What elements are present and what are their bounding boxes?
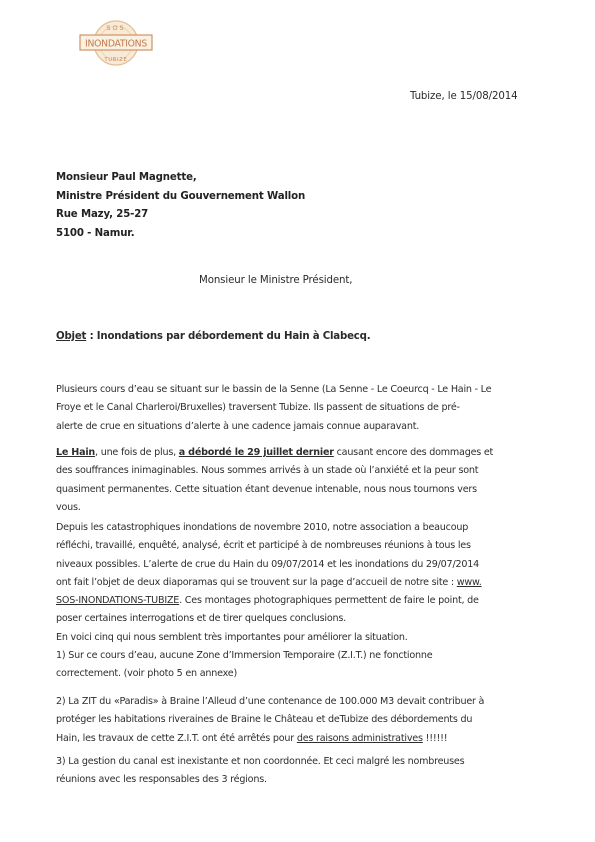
recipient-city: 5100 - Namur. (56, 225, 305, 244)
text-line: vous. (56, 499, 540, 517)
paragraph-intro: Plusieurs cours d’eau se situant sur le … (56, 381, 540, 436)
website-link-part2[interactable]: SOS-INONDATIONS-TUBIZE (56, 595, 179, 606)
text-line: 2) La ZIT du «Paradis» à Braine l’Alleud… (56, 693, 540, 711)
hain-subject: Le Hain (56, 447, 95, 458)
date-line: Tubize, le 15/08/2014 (410, 91, 517, 102)
point-2: 2) La ZIT du «Paradis» à Braine l’Alleud… (56, 693, 540, 748)
text-fragment: . Ces montages photographiques permetten… (179, 595, 479, 606)
text-fragment: ont fait l’objet de deux diaporamas qui … (56, 577, 457, 588)
text-line: alerte de crue en situations d’alerte à … (56, 418, 540, 436)
text-line: niveaux possibles. L’alerte de crue du H… (56, 556, 540, 574)
salutation: Monsieur le Ministre Président, (199, 275, 352, 286)
logo-emblem-icon: SOS INONDATIONS TUBIZE (78, 18, 154, 68)
text-line: des souffrances inimaginables. Nous somm… (56, 462, 540, 480)
recipient-name: Monsieur Paul Magnette, (56, 169, 305, 188)
logo-top-text: SOS (106, 24, 125, 32)
logo-main-text: INONDATIONS (85, 39, 147, 50)
text-line: Froye et le Canal Charleroi/Bruxelles) t… (56, 399, 540, 417)
text-line: réunions avec les responsables des 3 rég… (56, 771, 540, 789)
administrative-reasons: des raisons administratives (297, 733, 423, 744)
recipient-title: Ministre Président du Gouvernement Wallo… (56, 188, 305, 207)
recipient-address: Monsieur Paul Magnette, Ministre Préside… (56, 169, 305, 243)
subject-label: Objet (56, 331, 86, 342)
hain-emphasis: a débordé le 29 juillet dernier (179, 447, 334, 458)
text-line: Hain, les travaux de cette Z.I.T. ont ét… (56, 730, 540, 748)
sos-inondations-logo: SOS INONDATIONS TUBIZE (78, 18, 154, 68)
text-line: ont fait l’objet de deux diaporamas qui … (56, 574, 540, 592)
text-line: protéger les habitations riveraines de B… (56, 711, 540, 729)
text-line: Plusieurs cours d’eau se situant sur le … (56, 381, 540, 399)
point-3: 3) La gestion du canal est inexistante e… (56, 753, 540, 790)
text-fragment: !!!!!! (423, 733, 448, 744)
paragraph-since-2010: Depuis les catastrophiques inondations d… (56, 519, 540, 647)
subject-text: : Inondations par débordement du Hain à … (86, 331, 370, 342)
text-line: poser certaines interrogations et de tir… (56, 610, 540, 628)
paragraph-hain: Le Hain, une fois de plus, a débordé le … (56, 444, 540, 517)
text-fragment: Hain, les travaux de cette Z.I.T. ont ét… (56, 733, 297, 744)
text-line: SOS-INONDATIONS-TUBIZE. Ces montages pho… (56, 592, 540, 610)
text-fragment: causant encore des dommages et (334, 447, 493, 458)
website-link-part1[interactable]: www. (457, 577, 482, 588)
text-line: correctement. (voir photo 5 en annexe) (56, 665, 540, 683)
logo-bottom-text: TUBIZE (103, 57, 127, 63)
text-line: Le Hain, une fois de plus, a débordé le … (56, 444, 540, 462)
recipient-street: Rue Mazy, 25-27 (56, 206, 305, 225)
text-line: quasiment permanentes. Cette situation é… (56, 481, 540, 499)
text-fragment: , une fois de plus, (95, 447, 179, 458)
point-1: 1) Sur ce cours d’eau, aucune Zone d’Imm… (56, 647, 540, 684)
text-line: Depuis les catastrophiques inondations d… (56, 519, 540, 537)
text-line: 3) La gestion du canal est inexistante e… (56, 753, 540, 771)
text-line: 1) Sur ce cours d’eau, aucune Zone d’Imm… (56, 647, 540, 665)
text-line: En voici cinq qui nous semblent très imp… (56, 629, 540, 647)
text-line: réfléchi, travaillé, enquêté, analysé, é… (56, 537, 540, 555)
subject-line: Objet : Inondations par débordement du H… (56, 331, 370, 342)
